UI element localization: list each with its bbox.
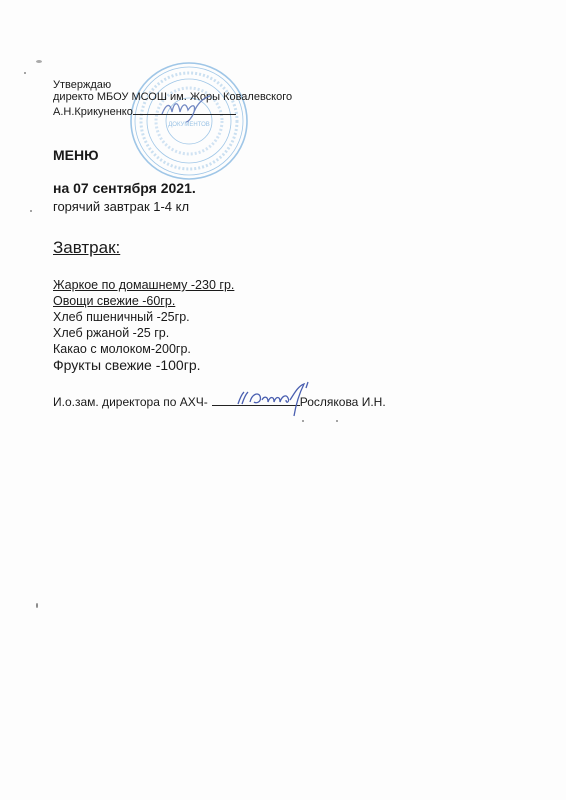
- meal-heading: Завтрак:: [53, 238, 120, 258]
- deputy-signature-icon: [232, 380, 322, 422]
- menu-subtitle: горячий завтрак 1-4 кл: [53, 199, 189, 214]
- deputy-title: И.о.зам. директора по АХЧ-: [53, 395, 208, 409]
- scan-speck: [36, 603, 38, 608]
- menu-item: Какао с молоком-200гр.: [53, 342, 191, 356]
- menu-item: Фрукты свежие -100гр.: [53, 357, 201, 373]
- menu-date: на 07 сентября 2021.: [53, 180, 196, 196]
- scan-speck: [336, 420, 338, 422]
- page-title: МЕНЮ: [53, 147, 99, 163]
- scan-speck: [24, 72, 26, 74]
- document-page: ДОКУМЕНТОВ Утверждаю директо МБОУ МСОШ и…: [0, 0, 566, 800]
- menu-item: Хлеб ржаной -25 гр.: [53, 326, 169, 340]
- menu-item: Жаркое по домашнему -230 гр.: [53, 278, 234, 292]
- scan-speck: [30, 210, 32, 212]
- approval-label: Утверждаю: [53, 79, 111, 91]
- director-signature-icon: [158, 92, 218, 124]
- menu-item: Хлеб пшеничный -25гр.: [53, 310, 190, 324]
- scan-speck: [36, 60, 42, 63]
- scan-speck: [302, 420, 304, 422]
- deputy-signature-line: И.о.зам. директора по АХЧ-Рослякова И.Н.: [53, 393, 386, 409]
- menu-item: Овощи свежие -60гр.: [53, 294, 175, 308]
- approver-name: А.Н.Крикуненко: [53, 106, 133, 118]
